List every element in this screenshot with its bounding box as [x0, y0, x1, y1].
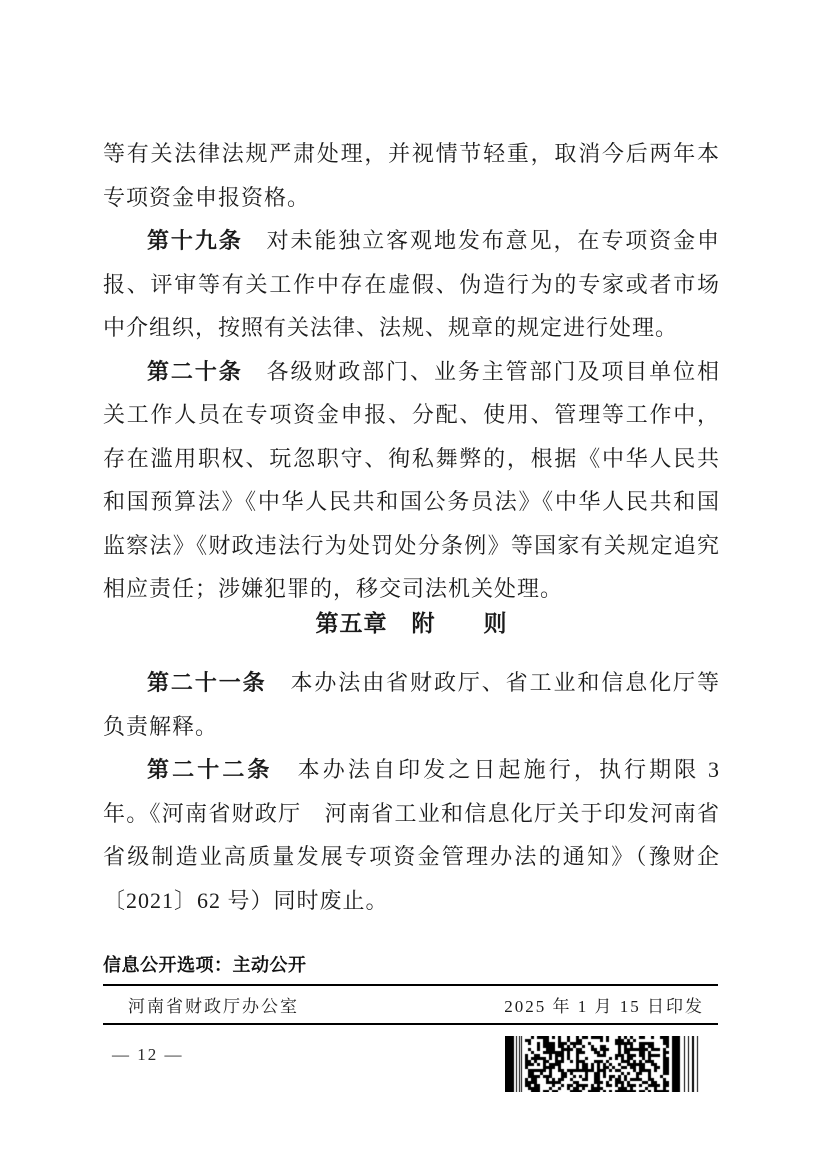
- paragraph-article-22: 第二十二条 本办法自印发之日起施行，执行期限 3 年。《河南省财政厅 河南省工业…: [103, 748, 720, 922]
- paragraph-continuation: 等有关法律法规严肃处理，并视情节轻重，取消今后两年本专项资金申报资格。: [103, 132, 720, 219]
- page-number: — 12 —: [112, 1045, 184, 1065]
- paragraph-article-20: 第二十条 各级财政部门、业务主管部门及项目单位相关工作人员在专项资金申报、分配、…: [103, 350, 720, 611]
- article-number: 第十九条: [147, 228, 243, 253]
- print-date: 2025 年 1 月 15 日印发: [504, 992, 704, 1017]
- article-number: 第二十一条: [147, 670, 267, 695]
- paragraph-text: 等有关法律法规严肃处理，并视情节轻重，取消今后两年本专项资金申报资格。: [103, 141, 720, 210]
- barcode: [505, 1036, 703, 1092]
- disclosure-option-line: 信息公开选项：主动公开: [103, 951, 307, 977]
- paragraph-text: 各级财政部门、业务主管部门及项目单位相关工作人员在专项资金申报、分配、使用、管理…: [103, 359, 720, 602]
- paragraph-article-19: 第十九条 对未能独立客观地发布意见，在专项资金申报、评审等有关工作中存在虚假、伪…: [103, 219, 720, 350]
- document-body: 等有关法律法规严肃处理，并视情节轻重，取消今后两年本专项资金申报资格。 第十九条…: [103, 132, 720, 922]
- paragraph-article-21: 第二十一条 本办法由省财政厅、省工业和信息化厅等负责解释。: [103, 661, 720, 748]
- footer-divider-bottom: [103, 1023, 718, 1025]
- article-number: 第二十条: [147, 359, 243, 384]
- footer-row: 河南省财政厅办公室 2025 年 1 月 15 日印发: [103, 986, 718, 1022]
- document-page: 等有关法律法规严肃处理，并视情节轻重，取消今后两年本专项资金申报资格。 第十九条…: [0, 0, 826, 1169]
- article-number: 第二十二条: [147, 757, 273, 782]
- issuing-office: 河南省财政厅办公室: [128, 992, 299, 1017]
